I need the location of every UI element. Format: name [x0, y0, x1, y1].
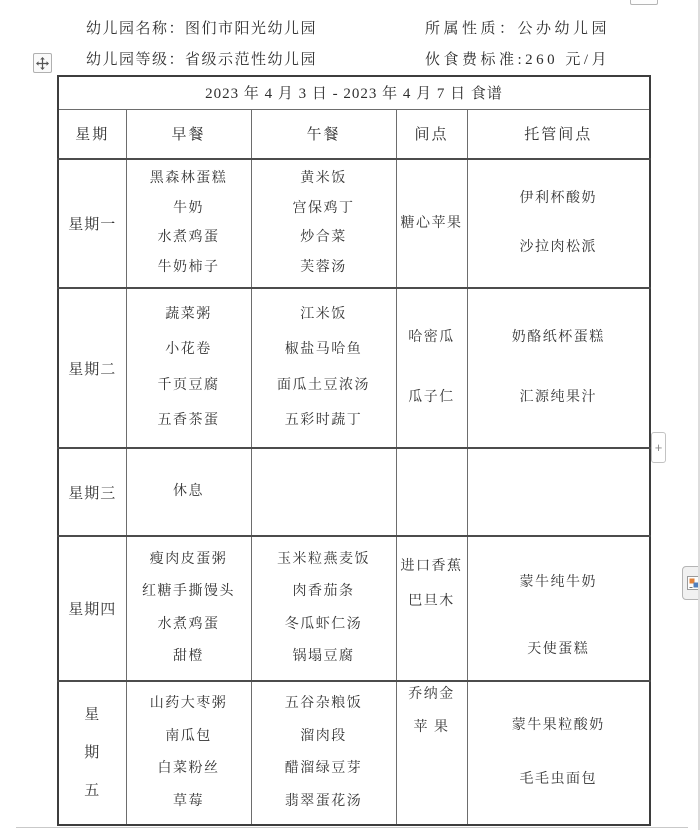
menu-item-line: 汇源纯果汁: [468, 388, 650, 408]
table-row-friday: 星期五 山药大枣粥南瓜包白菜粉丝草莓 五谷杂粮饭溜肉段醋溜绿豆芽翡翠蛋花汤 乔纳…: [58, 681, 650, 825]
menu-item-line: 小花卷: [127, 340, 251, 360]
day-cell: 星期二: [58, 288, 126, 448]
menu-item-line: 宫保鸡丁: [252, 199, 396, 219]
menu-item-line: 翡翠蛋花汤: [252, 792, 396, 812]
care-snack-cell: 伊利杯酸奶沙拉肉松派: [467, 159, 650, 288]
breakfast-cell: 山药大枣粥南瓜包白菜粉丝草莓: [126, 681, 251, 825]
menu-item-line: 沙拉肉松派: [468, 238, 650, 258]
menu-item-line: 冬瓜虾仁汤: [252, 615, 396, 635]
top-right-partial-control[interactable]: [630, 0, 658, 5]
menu-item-line: 奶酪纸杯蛋糕: [468, 328, 650, 348]
care-snack-cell: [467, 448, 650, 536]
snack-cell: 哈密瓜瓜子仁: [396, 288, 467, 448]
menu-item-line: 进口香蕉: [397, 557, 467, 577]
table-row-tuesday: 星期二 蔬菜粥小花卷千页豆腐五香茶蛋 江米饭椒盐马哈鱼面瓜土豆浓汤五彩时蔬丁 哈…: [58, 288, 650, 448]
menu-item-line: 五谷杂粮饭: [252, 694, 396, 714]
menu-item-line: 苹 果: [397, 718, 467, 738]
column-header-snack: 间点: [396, 109, 467, 159]
care-snack-cell: 蒙牛果粒酸奶毛毛虫面包: [467, 681, 650, 825]
day-label: 星期五: [84, 696, 101, 810]
lunch-cell: 黄米饭宫保鸡丁炒合菜芙蓉汤: [251, 159, 396, 288]
move-arrows-icon: [36, 57, 49, 70]
table-title-row: 2023 年 4 月 3 日 - 2023 年 4 月 7 日 食谱: [58, 76, 650, 109]
menu-item-line: 溜肉段: [252, 727, 396, 747]
menu-item-line: 牛奶: [127, 199, 251, 219]
lunch-cell: 五谷杂粮饭溜肉段醋溜绿豆芽翡翠蛋花汤: [251, 681, 396, 825]
table-row-wednesday: 星期三 休息: [58, 448, 650, 536]
lunch-cell: [251, 448, 396, 536]
column-header-lunch: 午餐: [251, 109, 396, 159]
menu-item-line: 南瓜包: [127, 727, 251, 747]
care-snack-cell: 蒙牛纯牛奶天使蛋糕: [467, 536, 650, 681]
menu-item-line: 芙蓉汤: [252, 258, 396, 278]
snack-cell: 糖心苹果: [396, 159, 467, 288]
breakfast-cell: 黑森林蛋糕牛奶水煮鸡蛋牛奶柿子: [126, 159, 251, 288]
care-snack-cell: 奶酪纸杯蛋糕汇源纯果汁: [467, 288, 650, 448]
menu-item-line: 千页豆腐: [127, 376, 251, 396]
menu-item-line: 红糖手撕馒头: [127, 582, 251, 602]
day-label: 星期四: [59, 598, 126, 619]
menu-item-line: 面瓜土豆浓汤: [252, 376, 396, 396]
menu-item-line: 五彩时蔬丁: [252, 411, 396, 431]
menu-item-line: 水煮鸡蛋: [127, 228, 251, 248]
menu-item-line: 黄米饭: [252, 169, 396, 189]
table-row-monday: 星期一 黑森林蛋糕牛奶水煮鸡蛋牛奶柿子 黄米饭宫保鸡丁炒合菜芙蓉汤 糖心苹果 伊…: [58, 159, 650, 288]
menu-item-line: 休息: [127, 482, 251, 502]
column-header-breakfast: 早餐: [126, 109, 251, 159]
plus-icon: +: [655, 441, 663, 454]
table-row-thursday: 星期四 瘦肉皮蛋粥红糖手撕馒头水煮鸡蛋甜橙 玉米粒燕麦饭肉香茄条冬瓜虾仁汤锅塌豆…: [58, 536, 650, 681]
menu-item-line: 蔬菜粥: [127, 305, 251, 325]
day-label: 星期一: [59, 213, 126, 234]
menu-item-line: 甜橙: [127, 647, 251, 667]
document-page: 幼儿园名称：图们市阳光幼儿园 所属性质：公办幼儿园 幼儿园等级：省级示范性幼儿园…: [0, 0, 700, 830]
kindergarten-name-line: 幼儿园名称：图们市阳光幼儿园: [86, 17, 317, 38]
menu-item-line: 伊利杯酸奶: [468, 189, 650, 209]
menu-item-line: 五香茶蛋: [127, 411, 251, 431]
menu-item-line: 瓜子仁: [397, 388, 467, 408]
kindergarten-level-line: 幼儿园等级：省级示范性幼儿园: [86, 48, 317, 69]
day-cell: 星期四: [58, 536, 126, 681]
menu-item-line: 山药大枣粥: [127, 694, 251, 714]
menu-item-line: 黑森林蛋糕: [127, 169, 251, 189]
menu-item-line: 醋溜绿豆芽: [252, 759, 396, 779]
lunch-cell: 江米饭椒盐马哈鱼面瓜土豆浓汤五彩时蔬丁: [251, 288, 396, 448]
menu-item-line: 哈密瓜: [397, 328, 467, 348]
menu-item-line: 乔纳金: [397, 685, 467, 705]
day-label: 星期二: [59, 358, 126, 379]
next-page-edge-line: [16, 827, 688, 828]
menu-item-line: 椒盐马哈鱼: [252, 340, 396, 360]
menu-item-line: 瘦肉皮蛋粥: [127, 550, 251, 570]
day-cell: 星期五: [58, 681, 126, 825]
menu-item-line: 炒合菜: [252, 228, 396, 248]
menu-item-line: 牛奶柿子: [127, 258, 251, 278]
column-header-day: 星期: [58, 109, 126, 159]
snack-cell: 乔纳金苹 果: [396, 681, 467, 825]
breakfast-cell: 蔬菜粥小花卷千页豆腐五香茶蛋: [126, 288, 251, 448]
day-cell: 星期一: [58, 159, 126, 288]
lunch-cell: 玉米粒燕麦饭肉香茄条冬瓜虾仁汤锅塌豆腐: [251, 536, 396, 681]
day-label: 星期三: [59, 482, 126, 503]
menu-item-line: 水煮鸡蛋: [127, 615, 251, 635]
menu-item-line: 毛毛虫面包: [468, 770, 650, 790]
menu-item-line: 巴旦木: [397, 592, 467, 612]
breakfast-cell: 瘦肉皮蛋粥红糖手撕馒头水煮鸡蛋甜橙: [126, 536, 251, 681]
breakfast-cell: 休息: [126, 448, 251, 536]
insert-row-button[interactable]: +: [651, 432, 666, 463]
day-cell: 星期三: [58, 448, 126, 536]
column-header-care-snack: 托管间点: [467, 109, 650, 159]
menu-item-line: 锅塌豆腐: [252, 647, 396, 667]
menu-item-line: 草莓: [127, 792, 251, 812]
menu-title: 2023 年 4 月 3 日 - 2023 年 4 月 7 日 食谱: [58, 76, 650, 109]
menu-item-line: 江米饭: [252, 305, 396, 325]
menu-item-line: 糖心苹果: [397, 214, 467, 234]
snack-cell: 进口香蕉巴旦木: [396, 536, 467, 681]
meal-fee-line: 伙食费标准:260 元/月: [425, 48, 610, 69]
menu-item-line: 白菜粉丝: [127, 759, 251, 779]
menu-item-line: 玉米粒燕麦饭: [252, 550, 396, 570]
menu-table: 2023 年 4 月 3 日 - 2023 年 4 月 7 日 食谱 星期 早餐…: [57, 75, 651, 826]
menu-item-line: 蒙牛果粒酸奶: [468, 716, 650, 736]
menu-item-line: 肉香茄条: [252, 582, 396, 602]
menu-item-line: 蒙牛纯牛奶: [468, 573, 650, 593]
snack-cell: [396, 448, 467, 536]
menu-item-line: 天使蛋糕: [468, 640, 650, 660]
table-move-handle[interactable]: [33, 53, 52, 73]
ownership-type-line: 所属性质：公办幼儿园: [425, 17, 610, 38]
table-header-row: 星期 早餐 午餐 间点 托管间点: [58, 109, 650, 159]
